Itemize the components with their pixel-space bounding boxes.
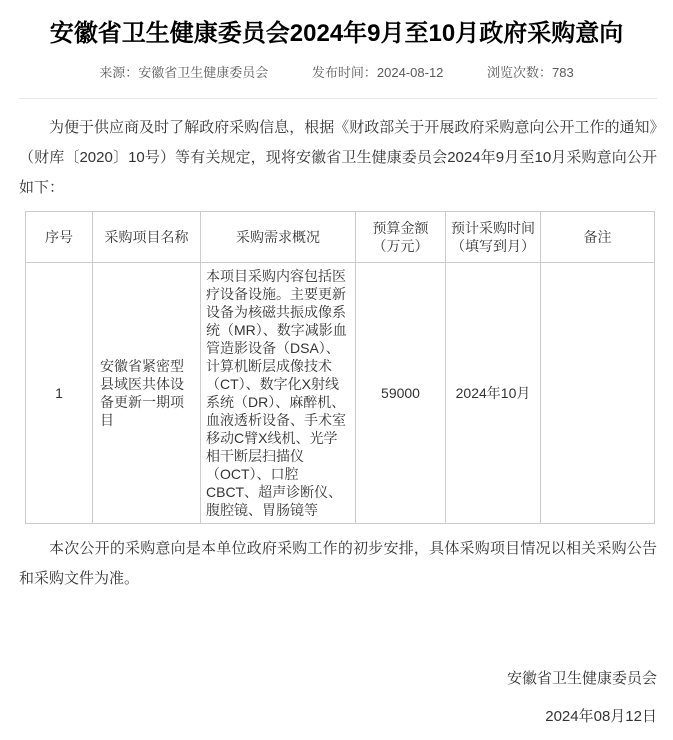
meta-publish-time: 发布时间：2024-08-12 [312, 65, 444, 80]
meta-source-label: 来源： [99, 65, 138, 80]
column-header-project-name: 采购项目名称 [93, 212, 201, 263]
page: { "page": { "title": "安徽省卫生健康委员会2024年9月至… [0, 0, 673, 740]
signature: 安徽省卫生健康委员会 [0, 670, 657, 688]
meta-publish-label: 发布时间： [312, 65, 377, 80]
meta-views-value: 783 [552, 65, 574, 80]
procurement-intent-table: 序号 采购项目名称 采购需求概况 预算金额 （万元） 预计采购时间 （填写到月）… [25, 211, 655, 524]
cell-budget: 59000 [356, 263, 446, 524]
column-header-seq: 序号 [26, 212, 93, 263]
meta-publish-value: 2024-08-12 [377, 65, 444, 80]
signature-date: 2024年08月12日 [0, 708, 657, 726]
column-header-budget: 预算金额 （万元） [356, 212, 446, 263]
cell-project-name: 安徽省紧密型县域医共体设备更新一期项目 [93, 263, 201, 524]
meta-views-label: 浏览次数： [487, 65, 552, 80]
announcement-article: 安徽省卫生健康委员会2024年9月至10月政府采购意向 来源：安徽省卫生健康委员… [0, 0, 673, 740]
column-header-time: 预计采购时间 （填写到月） [446, 212, 541, 263]
meta-source: 来源：安徽省卫生健康委员会 [99, 65, 268, 80]
meta-view-count: 浏览次数：783 [487, 65, 574, 80]
cell-seq: 1 [26, 263, 93, 524]
article-meta: 来源：安徽省卫生健康委员会 发布时间：2024-08-12 浏览次数：783 [0, 65, 673, 81]
divider [19, 98, 657, 99]
column-header-requirement: 采购需求概况 [201, 212, 356, 263]
intro-paragraph: 为便于供应商及时了解政府采购信息，根据《财政部关于开展政府采购意向公开工作的通知… [19, 113, 657, 203]
cell-remark [541, 263, 655, 524]
table-row: 1 安徽省紧密型县域医共体设备更新一期项目 本项目采购内容包括医疗设备设施。主要… [26, 263, 655, 524]
page-title: 安徽省卫生健康委员会2024年9月至10月政府采购意向 [20, 18, 653, 49]
cell-requirement: 本项目采购内容包括医疗设备设施。主要更新设备为核磁共振成像系统（MR）、数字减影… [201, 263, 356, 524]
table-header-row: 序号 采购项目名称 采购需求概况 预算金额 （万元） 预计采购时间 （填写到月）… [26, 212, 655, 263]
closing-paragraph: 本次公开的采购意向是本单位政府采购工作的初步安排，具体采购项目情况以相关采购公告… [19, 534, 657, 594]
cell-time: 2024年10月 [446, 263, 541, 524]
column-header-remark: 备注 [541, 212, 655, 263]
meta-source-value: 安徽省卫生健康委员会 [138, 65, 268, 80]
